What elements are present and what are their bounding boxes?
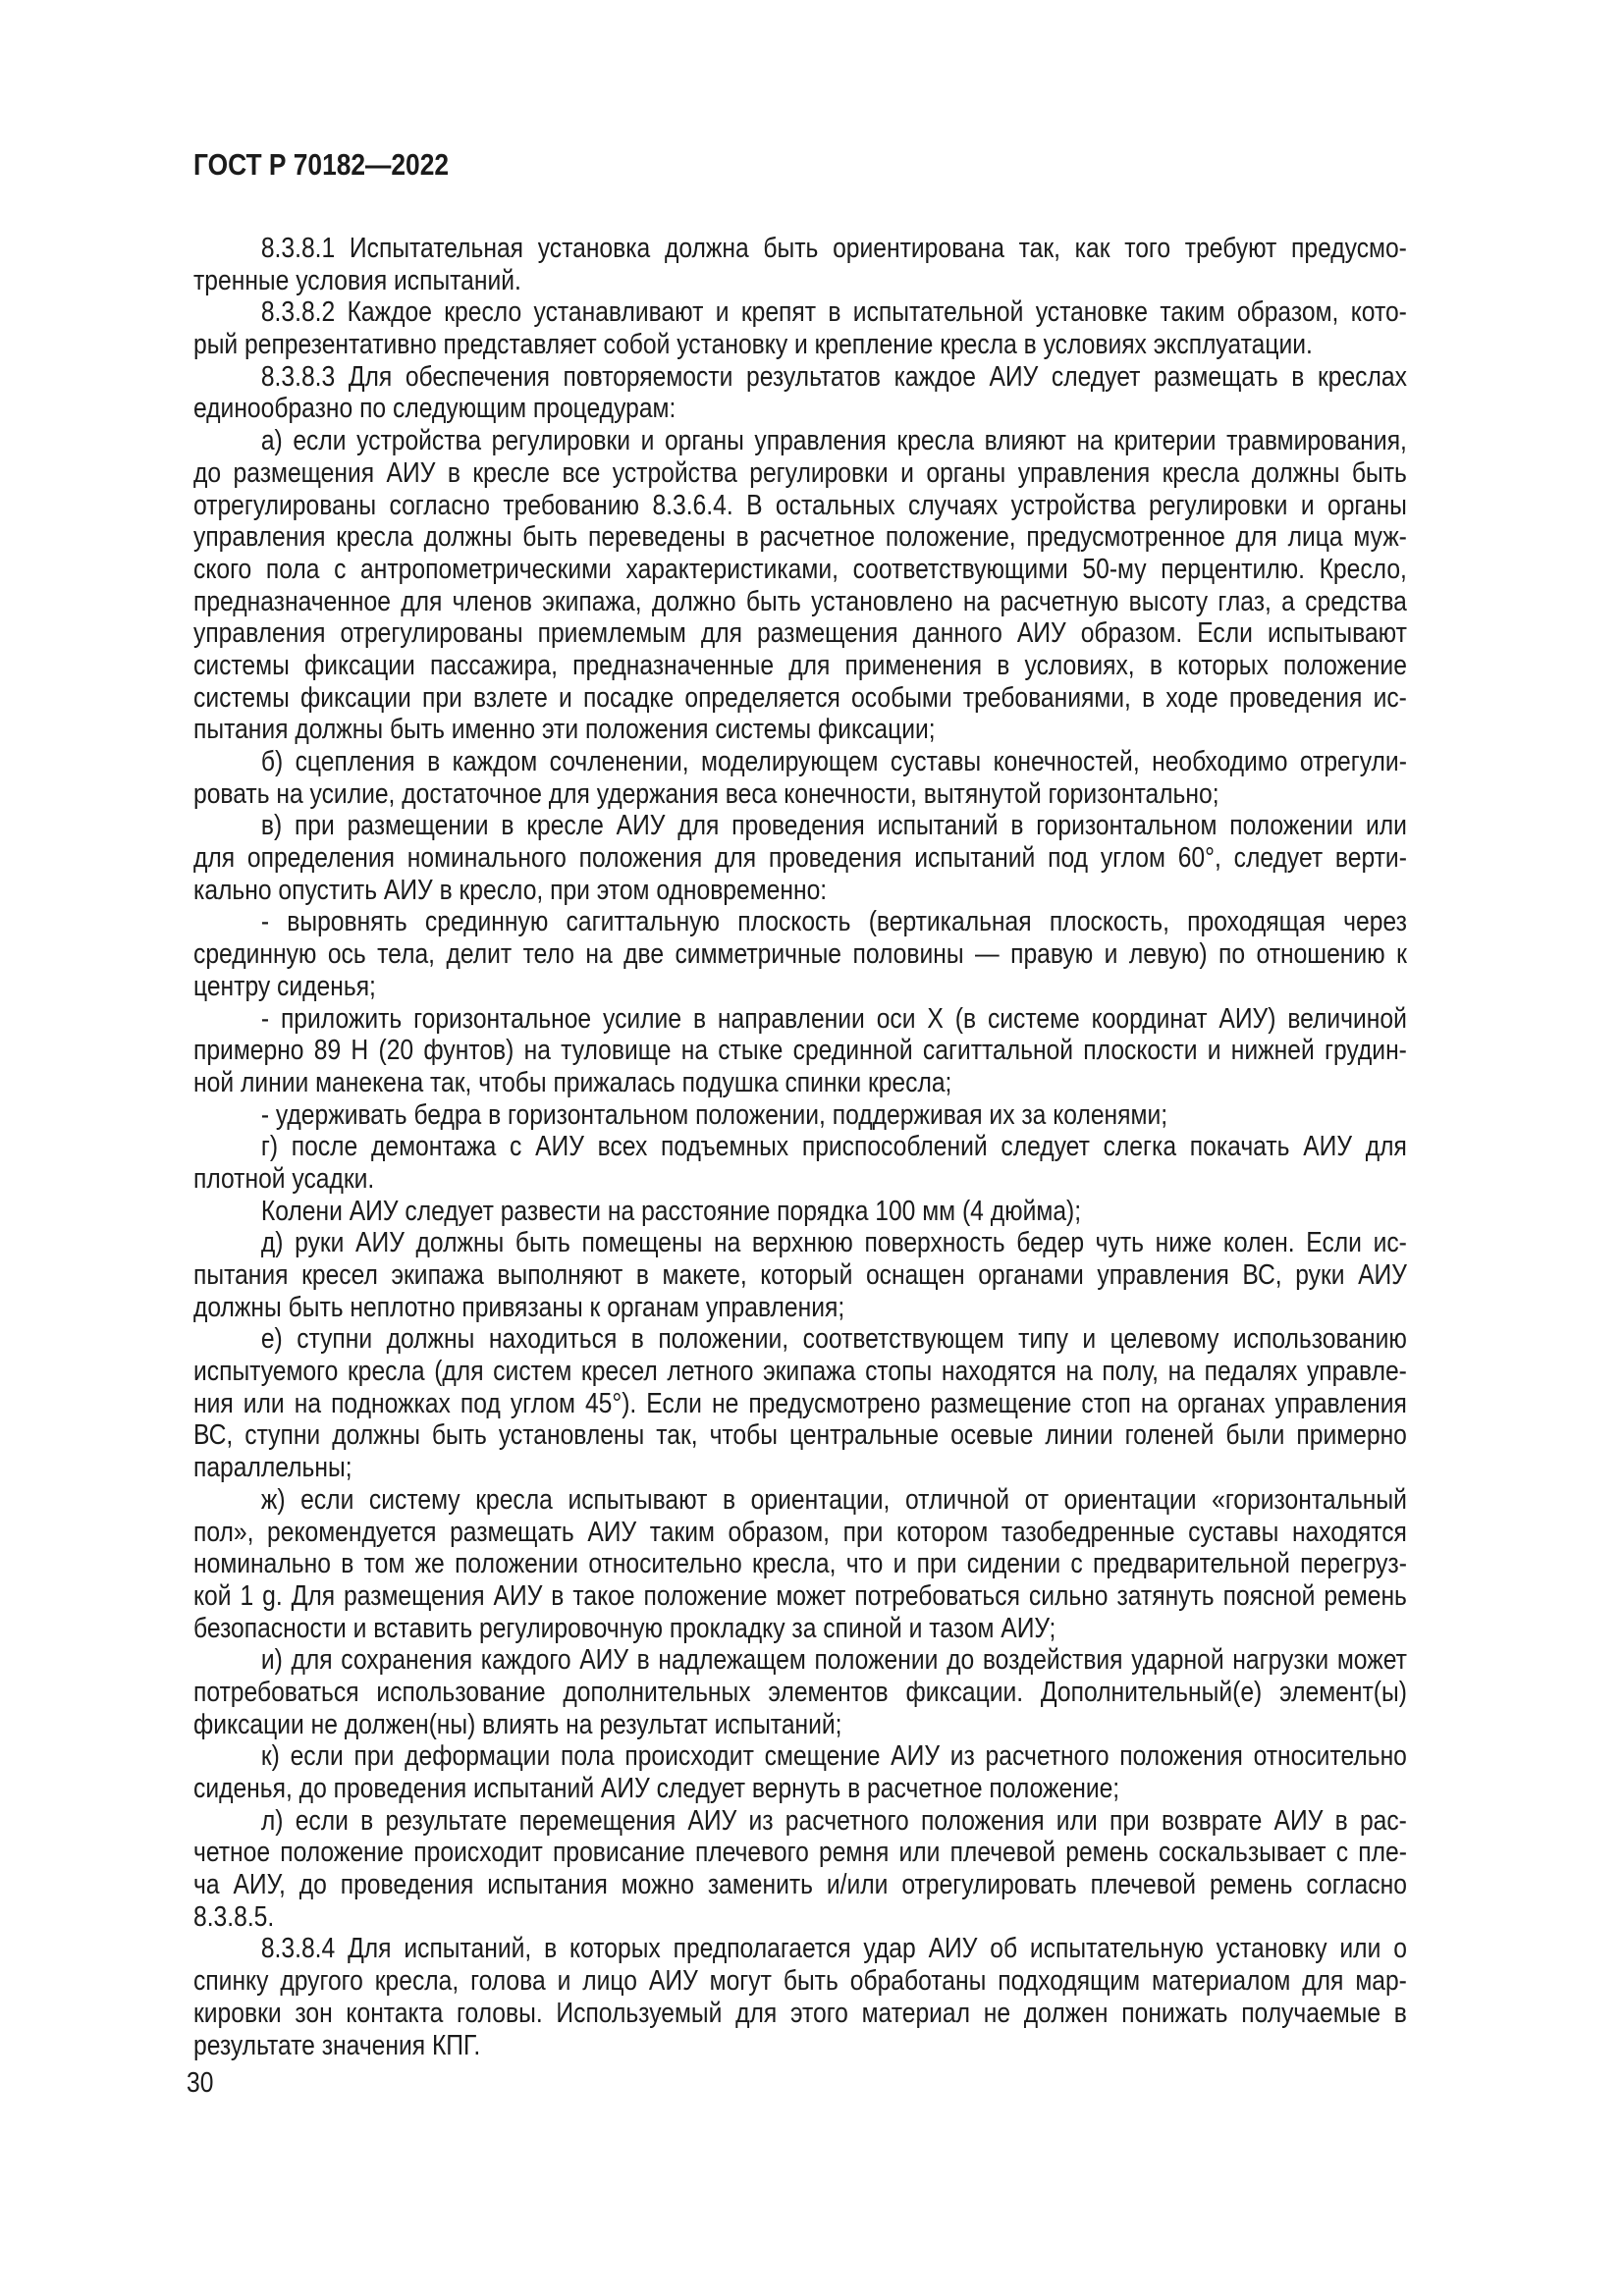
text-line: ча АИУ, до проведения испытания можно за… — [193, 1869, 1407, 1901]
text-line: 8.3.8.3 Для обеспечения повторяемости ре… — [193, 361, 1407, 394]
page-number: 30 — [187, 2067, 213, 2100]
text-line: потребоваться использование дополнительн… — [193, 1677, 1407, 1709]
text-line: испытуемого кресла (для систем кресел ле… — [193, 1356, 1407, 1388]
document-body: 8.3.8.1 Испытательная установка должна б… — [193, 233, 1407, 2061]
text-line: рый репрезентативно представляет собой у… — [193, 329, 1407, 361]
text-line: фиксации не должен(ны) влиять на результ… — [193, 1709, 1407, 1741]
text-line: пытания должны быть именно эти положения… — [193, 714, 1407, 746]
text-line: 8.3.8.1 Испытательная установка должна б… — [193, 233, 1407, 265]
text-line: плотной усадки. — [193, 1163, 1407, 1196]
text-line: - удерживать бедра в горизонтальном поло… — [193, 1099, 1407, 1132]
text-line: примерно 89 Н (20 фунтов) на туловище на… — [193, 1035, 1407, 1067]
text-line: ж) если систему кресла испытывают в орие… — [193, 1484, 1407, 1517]
text-line: кой 1 g. Для размещения АИУ в такое поло… — [193, 1580, 1407, 1613]
text-line: для определения номинального положения д… — [193, 842, 1407, 875]
text-line: четное положение происходит провисание п… — [193, 1837, 1407, 1869]
text-line: г) после демонтажа с АИУ всех подъемных … — [193, 1131, 1407, 1163]
text-line: 8.3.8.4 Для испытаний, в которых предпол… — [193, 1933, 1407, 1965]
text-line: ского пола с антропометрическими характе… — [193, 554, 1407, 586]
text-line: до размещения АИУ в кресле все устройств… — [193, 457, 1407, 490]
text-line: б) сцепления в каждом сочленении, модели… — [193, 746, 1407, 778]
text-line: предназначенное для членов экипажа, долж… — [193, 586, 1407, 618]
text-line: тренные условия испытаний. — [193, 265, 1407, 297]
text-line: параллельны; — [193, 1452, 1407, 1484]
text-line: системы фиксации при взлете и посадке оп… — [193, 682, 1407, 715]
text-line: к) если при деформации пола происходит с… — [193, 1740, 1407, 1773]
text-line: ровать на усилие, достаточное для удержа… — [193, 778, 1407, 811]
text-line: должны быть неплотно привязаны к органам… — [193, 1292, 1407, 1324]
text-line: кировки зон контакта головы. Используемы… — [193, 1998, 1407, 2030]
text-line: спинку другого кресла, голова и лицо АИУ… — [193, 1965, 1407, 1998]
text-line: срединную ось тела, делит тело на две си… — [193, 938, 1407, 971]
text-line: единообразно по следующим процедурам: — [193, 393, 1407, 425]
text-line: отрегулированы согласно требованию 8.3.6… — [193, 490, 1407, 522]
text-line: управления кресла должны быть переведены… — [193, 521, 1407, 554]
text-line: кально опустить АИУ в кресло, при этом о… — [193, 875, 1407, 907]
text-line: пытания кресел экипажа выполняют в макет… — [193, 1259, 1407, 1292]
text-line: ной линии манекена так, чтобы прижалась … — [193, 1067, 1407, 1099]
text-line: управления отрегулированы приемлемым для… — [193, 617, 1407, 650]
text-line: 8.3.8.2 Каждое кресло устанавливают и кр… — [193, 296, 1407, 329]
text-line: центру сиденья; — [193, 971, 1407, 1003]
text-line: безопасности и вставить регулировочную п… — [193, 1613, 1407, 1645]
text-line: в) при размещении в кресле АИУ для прове… — [193, 810, 1407, 842]
text-line: сиденья, до проведения испытаний АИУ сле… — [193, 1773, 1407, 1805]
text-line: л) если в результате перемещения АИУ из … — [193, 1805, 1407, 1838]
text-line: номинально в том же положении относитель… — [193, 1548, 1407, 1580]
text-line: - приложить горизонтальное усилие в напр… — [193, 1003, 1407, 1036]
text-line: 8.3.8.5. — [193, 1901, 1407, 1934]
text-line: результате значения КПГ. — [193, 2030, 1407, 2062]
text-line: пол», рекомендуется размещать АИУ таким … — [193, 1517, 1407, 1549]
document-code-header: ГОСТ Р 70182—2022 — [193, 147, 449, 183]
text-line: системы фиксации пассажира, предназначен… — [193, 650, 1407, 682]
text-line: ВС, ступни должны быть установлены так, … — [193, 1419, 1407, 1452]
text-line: д) руки АИУ должны быть помещены на верх… — [193, 1227, 1407, 1259]
text-line: Колени АИУ следует развести на расстояни… — [193, 1196, 1407, 1228]
text-line: и) для сохранения каждого АИУ в надлежащ… — [193, 1644, 1407, 1677]
document-page: ГОСТ Р 70182—2022 8.3.8.1 Испытательная … — [0, 0, 1624, 2296]
text-line: а) если устройства регулировки и органы … — [193, 425, 1407, 457]
text-line: - выровнять срединную сагиттальную плоск… — [193, 906, 1407, 938]
text-line: ния или на подножках под углом 45°). Есл… — [193, 1388, 1407, 1420]
text-line: е) ступни должны находиться в положении,… — [193, 1323, 1407, 1356]
